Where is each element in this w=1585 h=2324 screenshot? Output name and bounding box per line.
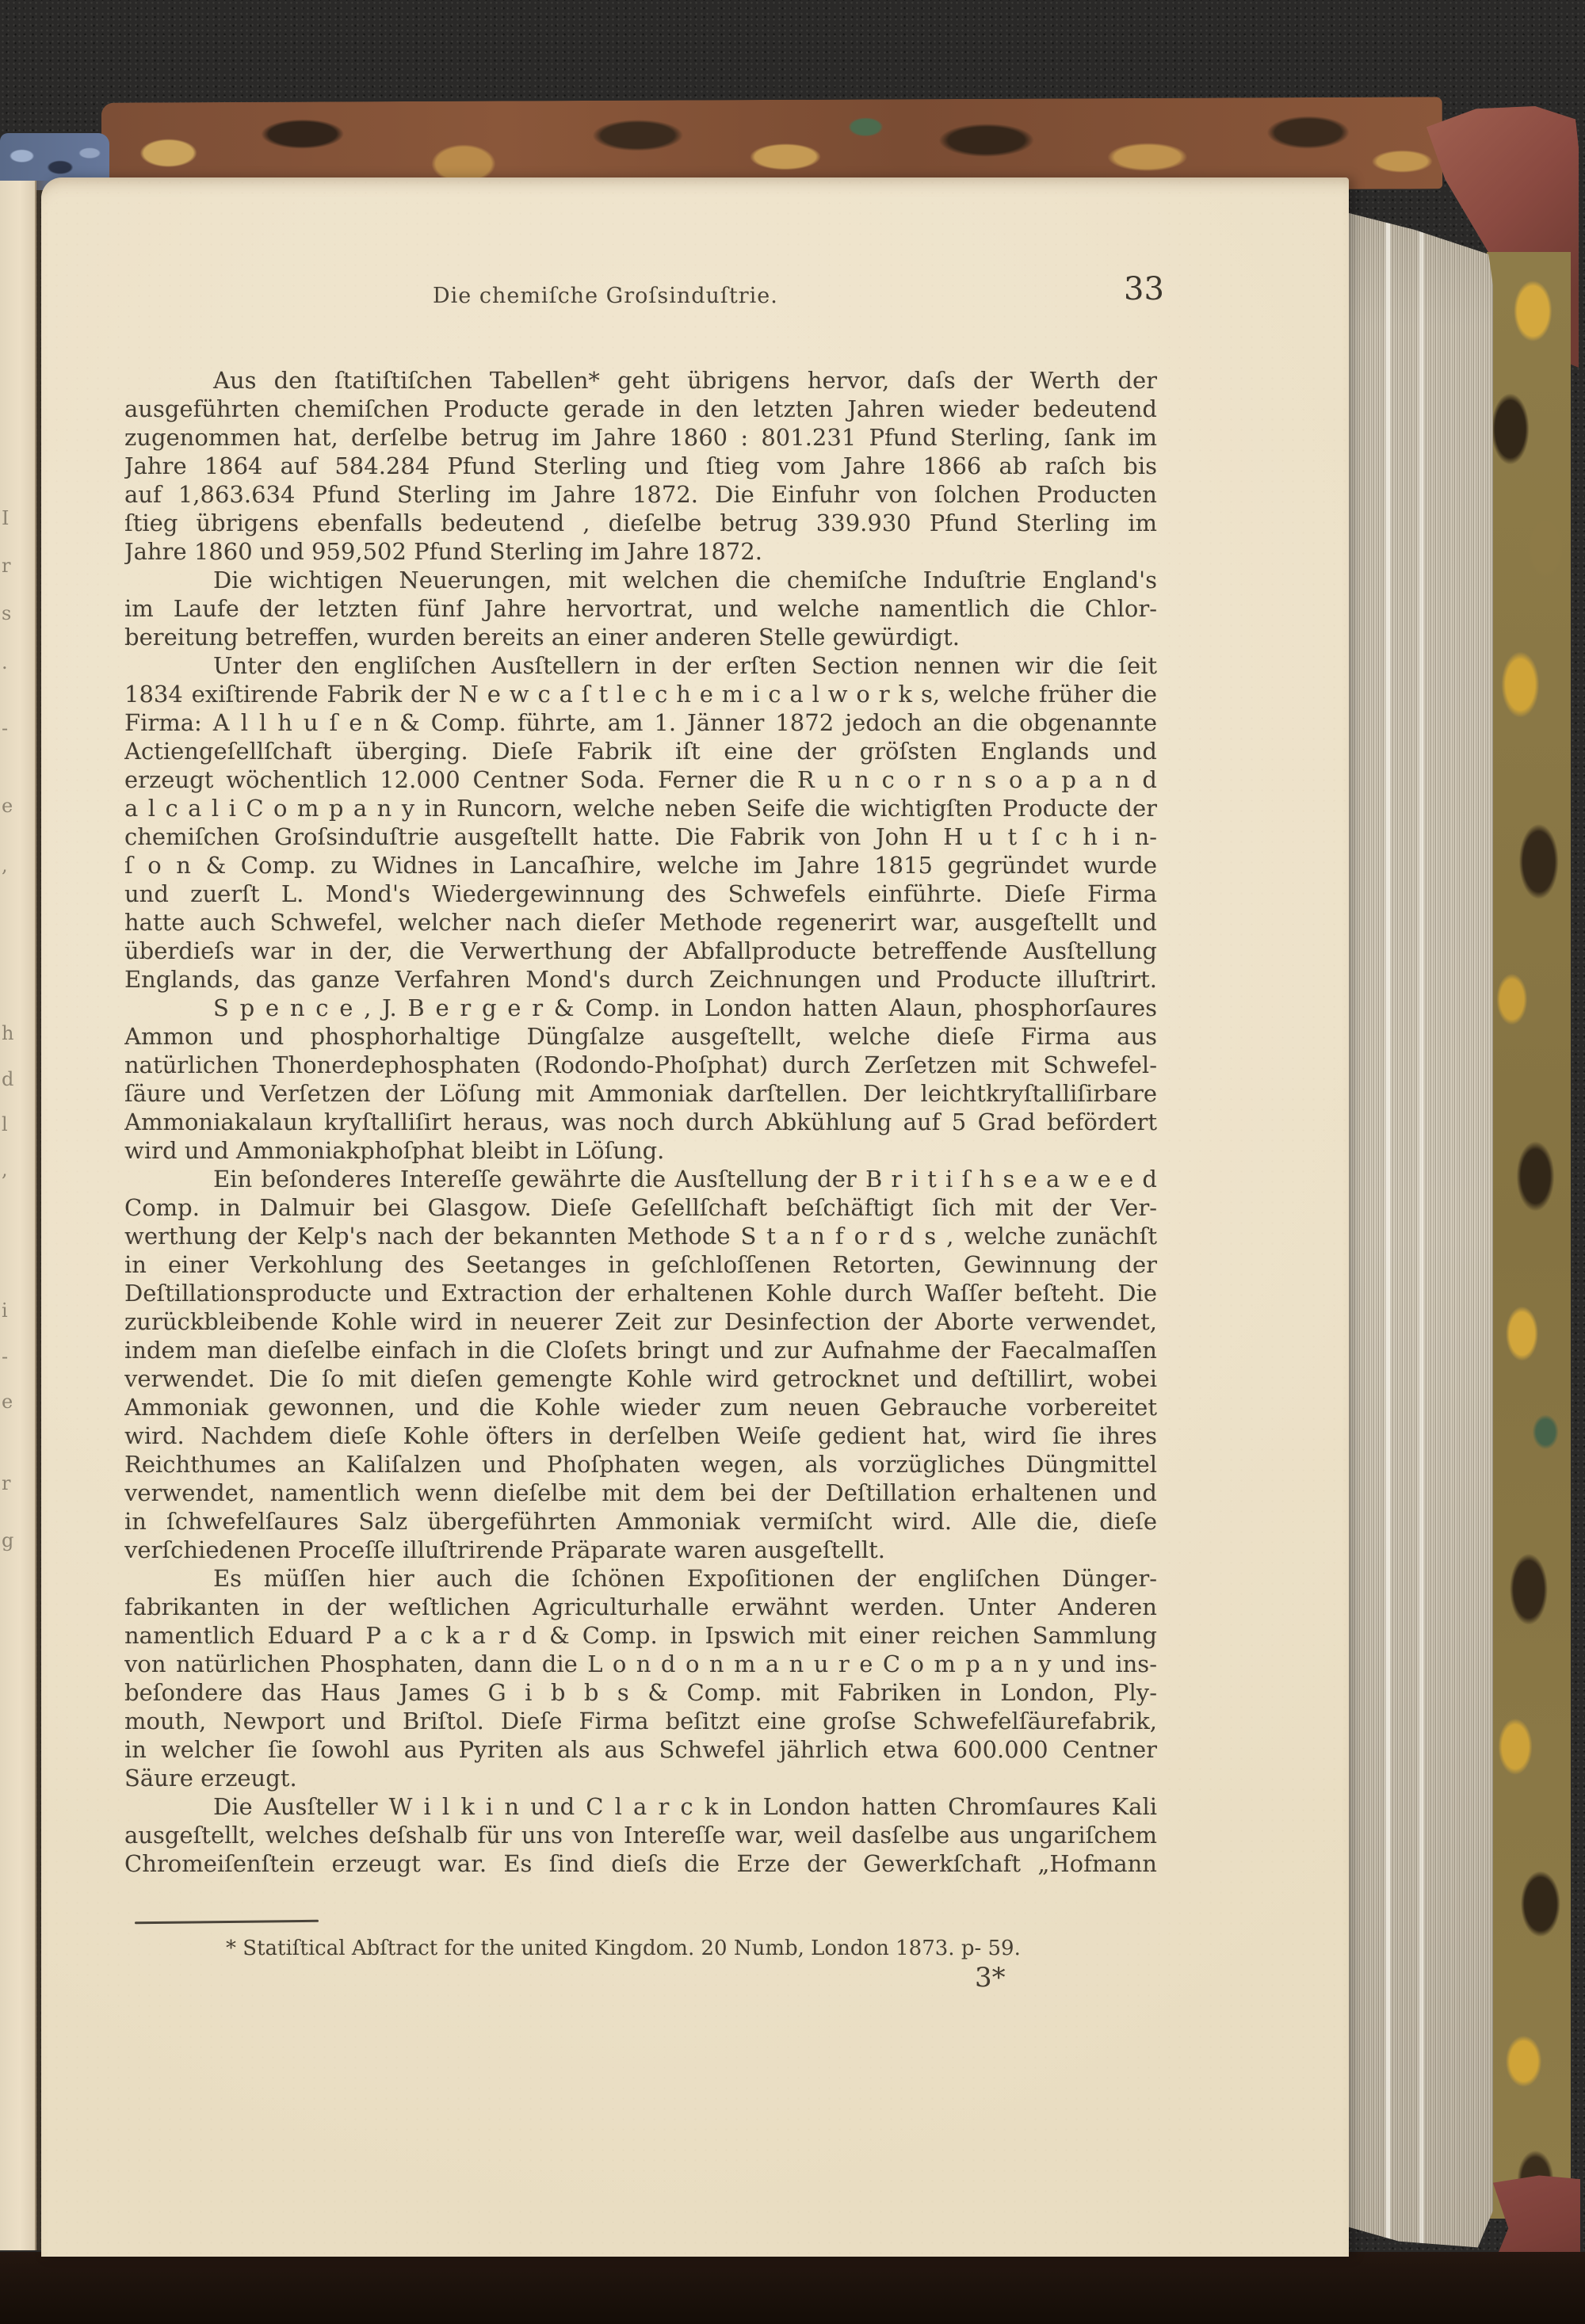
text-line: wird und Ammoniakphoſphat bleibt in Löſu… xyxy=(124,1136,1157,1165)
text-line: Ein beſonderes Intereſſe gewährte die Au… xyxy=(124,1165,1157,1193)
text-line: ſäure und Verſetzen der Löſung mit Ammon… xyxy=(124,1079,1157,1108)
footnote: * Statiſtical Abſtract for the united Ki… xyxy=(226,1937,1021,1960)
page-number: 33 xyxy=(1124,271,1164,307)
text-line: werthung der Kelp's nach der bekannten M… xyxy=(124,1222,1157,1250)
shadow-below-book xyxy=(0,2252,1585,2324)
text-line: a l c a l i C o m p a n y in Runcorn, we… xyxy=(124,794,1157,822)
text-line: mouth, Newport und Briſtol. Dieſe Firma … xyxy=(124,1707,1157,1735)
text-line: ausgeführten chemiſchen Producte gerade … xyxy=(124,395,1157,423)
text-line: 1834 exiſtirende Fabrik der N e w c a ſ … xyxy=(124,680,1157,708)
text-line: indem man dieſelbe einfach in die Cloſet… xyxy=(124,1336,1157,1364)
text-line: Die Ausſteller W i l k i n und C l a r c… xyxy=(124,1792,1157,1821)
ghost-letter: , xyxy=(2,1158,16,1181)
text-line: verſchiedenen Proceſſe illuſtrirende Prä… xyxy=(124,1536,1157,1564)
ghost-letter: h xyxy=(2,1022,16,1044)
text-line: in welcher ſie ſowohl aus Pyriten als au… xyxy=(124,1735,1157,1764)
signature-mark: 3* xyxy=(975,1962,1006,1994)
text-line: in einer Verkohlung des Seetanges in geſ… xyxy=(124,1250,1157,1279)
page-edges-stack xyxy=(1341,203,1493,2260)
scanned-book-photo: Irs.-e,hdl,i-erg Die chemiſche Groſsindu… xyxy=(0,0,1585,2324)
text-line: Ammon und phosphorhaltige Düngſalze ausg… xyxy=(124,1022,1157,1051)
text-line: Aus den ſtatiſtiſchen Tabellen* geht übr… xyxy=(124,366,1157,395)
paragraph: Unter den engliſchen Ausſtellern in der … xyxy=(124,651,1157,994)
text-line: namentlich Eduard P a c k a r d & Comp. … xyxy=(124,1621,1157,1650)
text-line: ſ o n & Comp. zu Widnes in Lancaſhire, w… xyxy=(124,851,1157,880)
text-line: verwendet. Die ſo mit dieſen gemengte Ko… xyxy=(124,1364,1157,1393)
paragraph: S p e n c e , J. B e r g e r & Comp. in … xyxy=(124,994,1157,1165)
text-line: Unter den engliſchen Ausſtellern in der … xyxy=(124,651,1157,680)
text-line: ſtieg übrigens ebenfalls bedeutend , die… xyxy=(124,509,1157,537)
paragraph: Die wichtigen Neuerungen, mit welchen di… xyxy=(124,566,1157,651)
ghost-letter: I xyxy=(2,507,16,529)
ghost-letter: . xyxy=(2,651,16,674)
text-line: natürlichen Thonerdephosphaten (Rodondo-… xyxy=(124,1051,1157,1079)
text-line: überdieſs war in der, die Verwerthung de… xyxy=(124,937,1157,965)
text-line: Jahre 1860 und 959,502 Pfund Sterling im… xyxy=(124,537,1157,566)
ghost-letter: r xyxy=(2,1472,16,1494)
text-line: und zuerſt L. Mond's Wiedergewinnung des… xyxy=(124,880,1157,908)
ghost-letter: d xyxy=(2,1068,16,1090)
ghost-letter: g xyxy=(2,1529,16,1551)
text-line: Chromeiſenſtein erzeugt war. Es ſind die… xyxy=(124,1849,1157,1878)
paragraph: Aus den ſtatiſtiſchen Tabellen* geht übr… xyxy=(124,366,1157,566)
ghost-letter: r xyxy=(2,555,16,577)
text-line: beſondere das Haus James G i b b s & Com… xyxy=(124,1678,1157,1707)
text-line: verwendet, namentlich wenn dieſelbe mit … xyxy=(124,1479,1157,1507)
ghost-letter: - xyxy=(2,717,16,739)
paragraph: Es müſſen hier auch die ſchönen Expoſiti… xyxy=(124,1564,1157,1792)
text-line: Comp. in Dalmuir bei Glasgow. Dieſe Geſe… xyxy=(124,1193,1157,1222)
text-line: Ammoniak gewonnen, und die Kohle wieder … xyxy=(124,1393,1157,1421)
text-line: Actiengeſellſchaft überging. Dieſe Fabri… xyxy=(124,737,1157,765)
text-line: Firma: A l l h u ſ e n & Comp. führte, a… xyxy=(124,708,1157,737)
text-line: hatte auch Schwefel, welcher nach dieſer… xyxy=(124,908,1157,937)
text-line: Englands, das ganze Verfahren Mond's dur… xyxy=(124,965,1157,994)
text-line: ausgeſtellt, welches deſshalb für uns vo… xyxy=(124,1821,1157,1849)
text-line: S p e n c e , J. B e r g e r & Comp. in … xyxy=(124,994,1157,1022)
text-line: fabrikanten in der weſtlichen Agricultur… xyxy=(124,1593,1157,1621)
text-line: von natürlichen Phosphaten, dann die L o… xyxy=(124,1650,1157,1678)
text-line: Säure erzeugt. xyxy=(124,1764,1157,1792)
facing-page-sliver: Irs.-e,hdl,i-erg xyxy=(0,181,36,2250)
paragraph: Ein beſonderes Intereſſe gewährte die Au… xyxy=(124,1165,1157,1564)
text-line: Es müſſen hier auch die ſchönen Expoſiti… xyxy=(124,1564,1157,1593)
text-line: Jahre 1864 auf 584.284 Pfund Sterling un… xyxy=(124,452,1157,480)
text-line: im Laufe der letzten fünf Jahre hervortr… xyxy=(124,594,1157,623)
running-head: Die chemiſche Groſsinduſtrie. xyxy=(433,284,778,308)
ghost-letter: e xyxy=(2,1391,16,1413)
text-line: Deſtillationsproducte und Extraction der… xyxy=(124,1279,1157,1307)
text-line: Reichthumes an Kaliſalzen und Phoſphaten… xyxy=(124,1450,1157,1479)
marbled-cover-right-edge xyxy=(1487,252,1571,2219)
text-line: zugenommen hat, derſelbe betrug im Jahre… xyxy=(124,423,1157,452)
ghost-letter: i xyxy=(2,1299,16,1322)
ghost-letter: e xyxy=(2,795,16,817)
book-page: Die chemiſche Groſsinduſtrie. 33 Aus den… xyxy=(41,177,1349,2257)
text-line: Ammoniakalaun kryſtalliſirt heraus, was … xyxy=(124,1108,1157,1136)
text-line: in ſchwefelſaures Salz übergeführten Amm… xyxy=(124,1507,1157,1536)
ghost-letter: s xyxy=(2,602,16,624)
text-line: bereitung betreffen, wurden bereits an e… xyxy=(124,623,1157,651)
ghost-letter: , xyxy=(2,854,16,876)
ghost-letter: l xyxy=(2,1113,16,1135)
body-text: Aus den ſtatiſtiſchen Tabellen* geht übr… xyxy=(124,366,1157,1878)
ghost-letter: - xyxy=(2,1345,16,1368)
paragraph: Die Ausſteller W i l k i n und C l a r c… xyxy=(124,1792,1157,1878)
footnote-rule xyxy=(135,1920,319,1924)
text-line: zurückbleibende Kohle wird in neuerer Ze… xyxy=(124,1307,1157,1336)
text-line: wird. Nachdem dieſe Kohle öfters in derſ… xyxy=(124,1421,1157,1450)
text-line: chemiſchen Groſsinduſtrie ausgeſtellt ha… xyxy=(124,822,1157,851)
text-line: auf 1,863.634 Pfund Sterling im Jahre 18… xyxy=(124,480,1157,509)
text-line: Die wichtigen Neuerungen, mit welchen di… xyxy=(124,566,1157,594)
text-line: erzeugt wöchentlich 12.000 Centner Soda.… xyxy=(124,765,1157,794)
